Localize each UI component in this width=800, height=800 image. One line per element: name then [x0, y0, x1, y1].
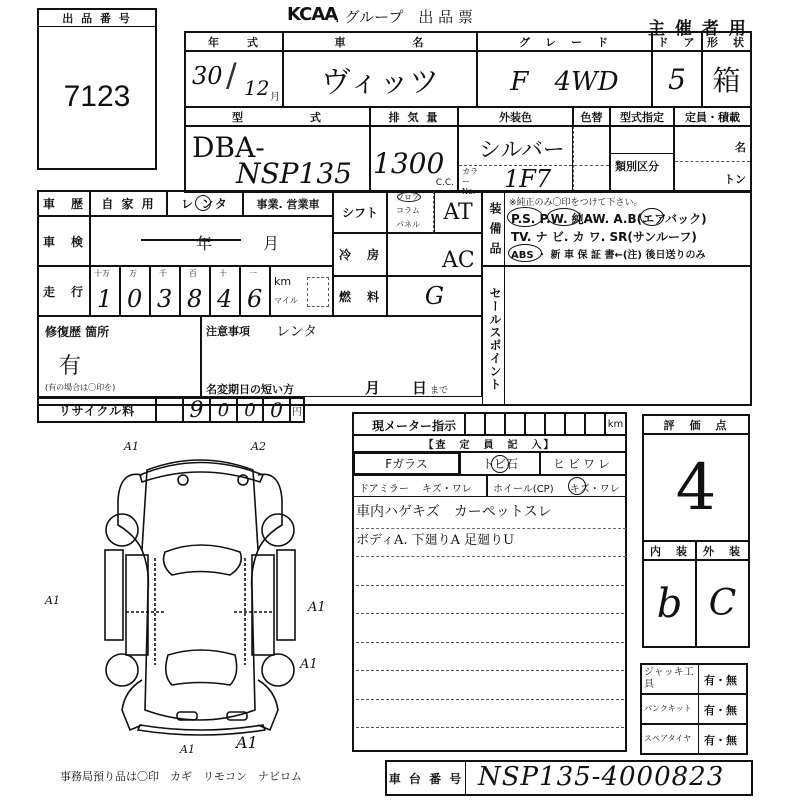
inspection-cell: 年 月	[90, 216, 333, 266]
repair-label: 修復歴 箇所	[45, 323, 109, 340]
doors-value: 5	[652, 51, 702, 107]
month-value: 12	[244, 76, 269, 100]
ab-circle	[640, 208, 664, 226]
name-change-label: 名変期日の短い方	[206, 381, 294, 397]
history-label: 車 歴	[38, 191, 90, 216]
year-value: 30	[192, 62, 223, 90]
recycle-digit: 0	[263, 398, 290, 422]
mileage-digit: 8	[187, 285, 202, 313]
year-cell: 30 / 12 月	[185, 51, 283, 107]
fuel-label: 燃 料	[333, 276, 387, 316]
accessory-row-puncture-kit: パンクキット 有・無	[641, 694, 747, 724]
displacement-label: 排 気 量	[370, 107, 458, 126]
remark-line: 車内ハゲキズ カーペットスレ	[356, 501, 626, 529]
pw-circle	[547, 208, 581, 226]
mile-checkbox[interactable]	[307, 277, 329, 307]
chassis-label: 車 台 番 号	[386, 761, 466, 795]
shift-option-column[interactable]: コラム	[396, 205, 420, 216]
grade-label: グ レ ー ド	[477, 32, 652, 51]
inspection-month-unit: 月	[263, 231, 279, 254]
mileage-digits: 十万1 万0 千3 百8 十4 一6 km マイル	[90, 266, 333, 316]
equipment-section: 装備品 ※純正のみ〇印をつけて下さい。 P.S. P.W. 純AW. A.B(エ…	[482, 191, 751, 266]
notes-section: 注意事項 レンタ 名変期日の短い方 月 日 まで	[201, 316, 482, 397]
selection-circle	[195, 195, 211, 211]
wheel-row: ホイール(CP) キズ・ワレ	[487, 475, 626, 497]
chassis-value: NSP135-4000823	[478, 762, 724, 792]
equipment-label: 装備品	[483, 192, 505, 265]
digit-header: 十万	[94, 268, 110, 279]
accessory-value[interactable]: 有・無	[704, 702, 737, 718]
shape-value: 箱	[702, 51, 751, 107]
digit-header: 一	[249, 268, 257, 279]
accessory-value[interactable]: 有・無	[704, 732, 737, 748]
accessory-label: ジャッキ工具	[644, 667, 694, 691]
accessory-value[interactable]: 有・無	[704, 672, 737, 688]
history-option-rental[interactable]: レ ンタ	[167, 191, 243, 216]
inspection-year-unit: 年	[196, 231, 212, 254]
digit-header: 百	[189, 268, 197, 279]
accessory-label: パンクキット	[644, 703, 692, 714]
mileage-digit: 1	[97, 285, 112, 313]
year-label: 年 式	[185, 32, 283, 51]
recycle-unit: 円	[290, 398, 304, 422]
equipment-note: ※純正のみ〇印をつけて下さい。	[509, 195, 643, 208]
digit-header: 万	[129, 268, 137, 279]
color-no-value: 1F7	[504, 165, 551, 193]
category-label: 類別区分	[615, 158, 659, 174]
type-designation-cell: 類別区分	[610, 126, 674, 192]
damage-mark: A2	[251, 440, 266, 453]
displacement-value: 1300	[373, 147, 444, 180]
shift-options: フロア コラム パネル	[387, 191, 434, 233]
damage-mark: A1	[45, 594, 60, 607]
digit-header: 千	[159, 268, 167, 279]
sales-point-section: セールスポイント	[482, 266, 751, 406]
history-option-commercial[interactable]: 事業. 営業車	[243, 191, 333, 216]
name-change-day: 日	[412, 377, 427, 398]
color-label: 外装色	[458, 107, 573, 126]
mileage-unit-km: km	[274, 275, 291, 288]
shift-selection-circle	[397, 192, 421, 202]
lot-number-value: 7123	[39, 27, 155, 167]
exterior-label: 外 装	[696, 541, 749, 560]
remark-line: ボディA. 下廻りA 足廻りU	[356, 529, 626, 557]
car-damage-diagram[interactable]	[80, 440, 320, 740]
chip-option[interactable]: トビ石	[460, 452, 540, 475]
color-cell: シルバー カラー No. 1F7	[458, 126, 573, 192]
meter-digits: km	[465, 413, 626, 435]
damage-mark: A1	[236, 733, 258, 752]
mileage-unit-mile: マイル	[274, 295, 298, 306]
displacement-unit: C.C.	[436, 178, 454, 188]
capacity-persons-unit: 名	[735, 139, 746, 155]
accessory-row-spare-tire: スペアタイヤ 有・無	[641, 724, 747, 754]
displacement-cell: 1300 C.C.	[370, 126, 458, 192]
brand-logo: KCAA	[287, 4, 337, 25]
repair-value: 有	[59, 349, 81, 380]
history-option-private[interactable]: 自 家 用	[90, 191, 167, 216]
name-change-until: まで	[430, 383, 448, 396]
color-change-label: 色替	[573, 107, 610, 126]
repair-section: 修復歴 箇所 有 (有の場合は〇印を)	[38, 316, 201, 397]
sheet-title: . グループ 出 品 票	[335, 6, 473, 27]
damage-mark: A1	[124, 440, 139, 453]
recycle-label: リサイクル料	[38, 398, 156, 422]
mirror-row: ドアミラー キズ・ワレ	[353, 475, 487, 497]
ac-value: AC	[387, 233, 482, 276]
wheel-label: ホイール(CP)	[493, 480, 554, 495]
year-slash: /	[226, 56, 237, 94]
name-change-month: 月	[365, 377, 380, 398]
exterior-value: C	[696, 560, 749, 647]
recycle-digit: 0	[210, 398, 237, 422]
mileage-digit: 3	[157, 285, 172, 313]
chip-circle	[491, 455, 509, 473]
accessory-row-jack: ジャッキ工具 有・無	[641, 664, 747, 694]
ps-circle	[507, 207, 543, 227]
fuel-value: G	[387, 276, 482, 316]
lot-number-box: 出 品 番 号 7123	[37, 8, 157, 170]
lot-number-label: 出 品 番 号	[39, 10, 155, 27]
car-name-label: 車 名	[283, 32, 477, 51]
digit-header: 十	[219, 268, 227, 279]
inspector-header: 【査 定 員 記 入】	[353, 435, 626, 452]
damage-mark: A1	[308, 600, 326, 615]
doors-label: ド ア	[652, 32, 702, 51]
notes-label: 注意事項	[206, 323, 250, 339]
shift-value: AT	[434, 191, 482, 233]
repair-note: (有の場合は〇印を)	[45, 382, 115, 393]
model-value-line2: NSP135	[236, 157, 352, 190]
color-change-cell	[573, 126, 610, 192]
office-items-text: 事務局預り品は〇印 カギ リモコン ナビロム	[60, 768, 302, 784]
equipment-line2: TV. ナ ビ. カ ワ. SR(サンルーフ)	[511, 228, 697, 245]
car-name-value: ヴィッツ	[283, 51, 477, 107]
interior-value: b	[643, 560, 696, 647]
notes-value: レンタ	[276, 321, 317, 341]
mirror-label: ドアミラー	[359, 480, 409, 495]
abs-circle	[508, 244, 542, 262]
capacity-tons-unit: トン	[724, 171, 746, 187]
shift-label: シフト	[333, 191, 387, 233]
fglass-label: Fガラス	[353, 452, 460, 475]
damage-mark: A1	[180, 743, 195, 756]
month-unit: 月	[270, 88, 280, 103]
mileage-label: 走 行	[38, 266, 90, 316]
wheel-circle	[568, 477, 586, 495]
type-designation-label: 型式指定	[610, 107, 674, 126]
recycle-digit-box	[156, 398, 183, 422]
score-value: 4	[643, 434, 749, 541]
model-label: 型 式	[185, 107, 370, 126]
inspection-label: 車 検	[38, 216, 90, 266]
mileage-digit: 4	[217, 285, 232, 313]
meter-unit: km	[605, 413, 626, 435]
grade-value: F 4WD	[477, 51, 652, 107]
shift-option-panel[interactable]: パネル	[396, 219, 420, 230]
mileage-digit: 0	[127, 285, 142, 313]
recycle-digit: 0	[237, 398, 263, 422]
interior-label: 内 装	[643, 541, 696, 560]
score-label: 評 価 点	[643, 415, 749, 434]
ac-label: 冷 房	[333, 233, 387, 276]
mirror-options[interactable]: キズ・ワレ	[422, 480, 472, 495]
color-value: シルバー	[479, 133, 565, 164]
meter-label: 現メーター指示	[353, 413, 465, 435]
sales-point-label: セールスポイント	[483, 267, 505, 405]
damage-mark: A1	[300, 657, 318, 672]
accessory-label: スペアタイヤ	[644, 733, 691, 744]
capacity-label: 定員・積載	[674, 107, 751, 126]
recycle-digit: 9	[183, 398, 210, 422]
model-cell: DBA- NSP135	[185, 126, 370, 192]
crack-option[interactable]: ヒビワレ	[540, 452, 626, 475]
capacity-cell: 名 トン	[674, 126, 751, 192]
mileage-digit: 6	[247, 285, 262, 313]
inspection-strike	[141, 239, 241, 241]
shape-label: 形 状	[702, 32, 751, 51]
